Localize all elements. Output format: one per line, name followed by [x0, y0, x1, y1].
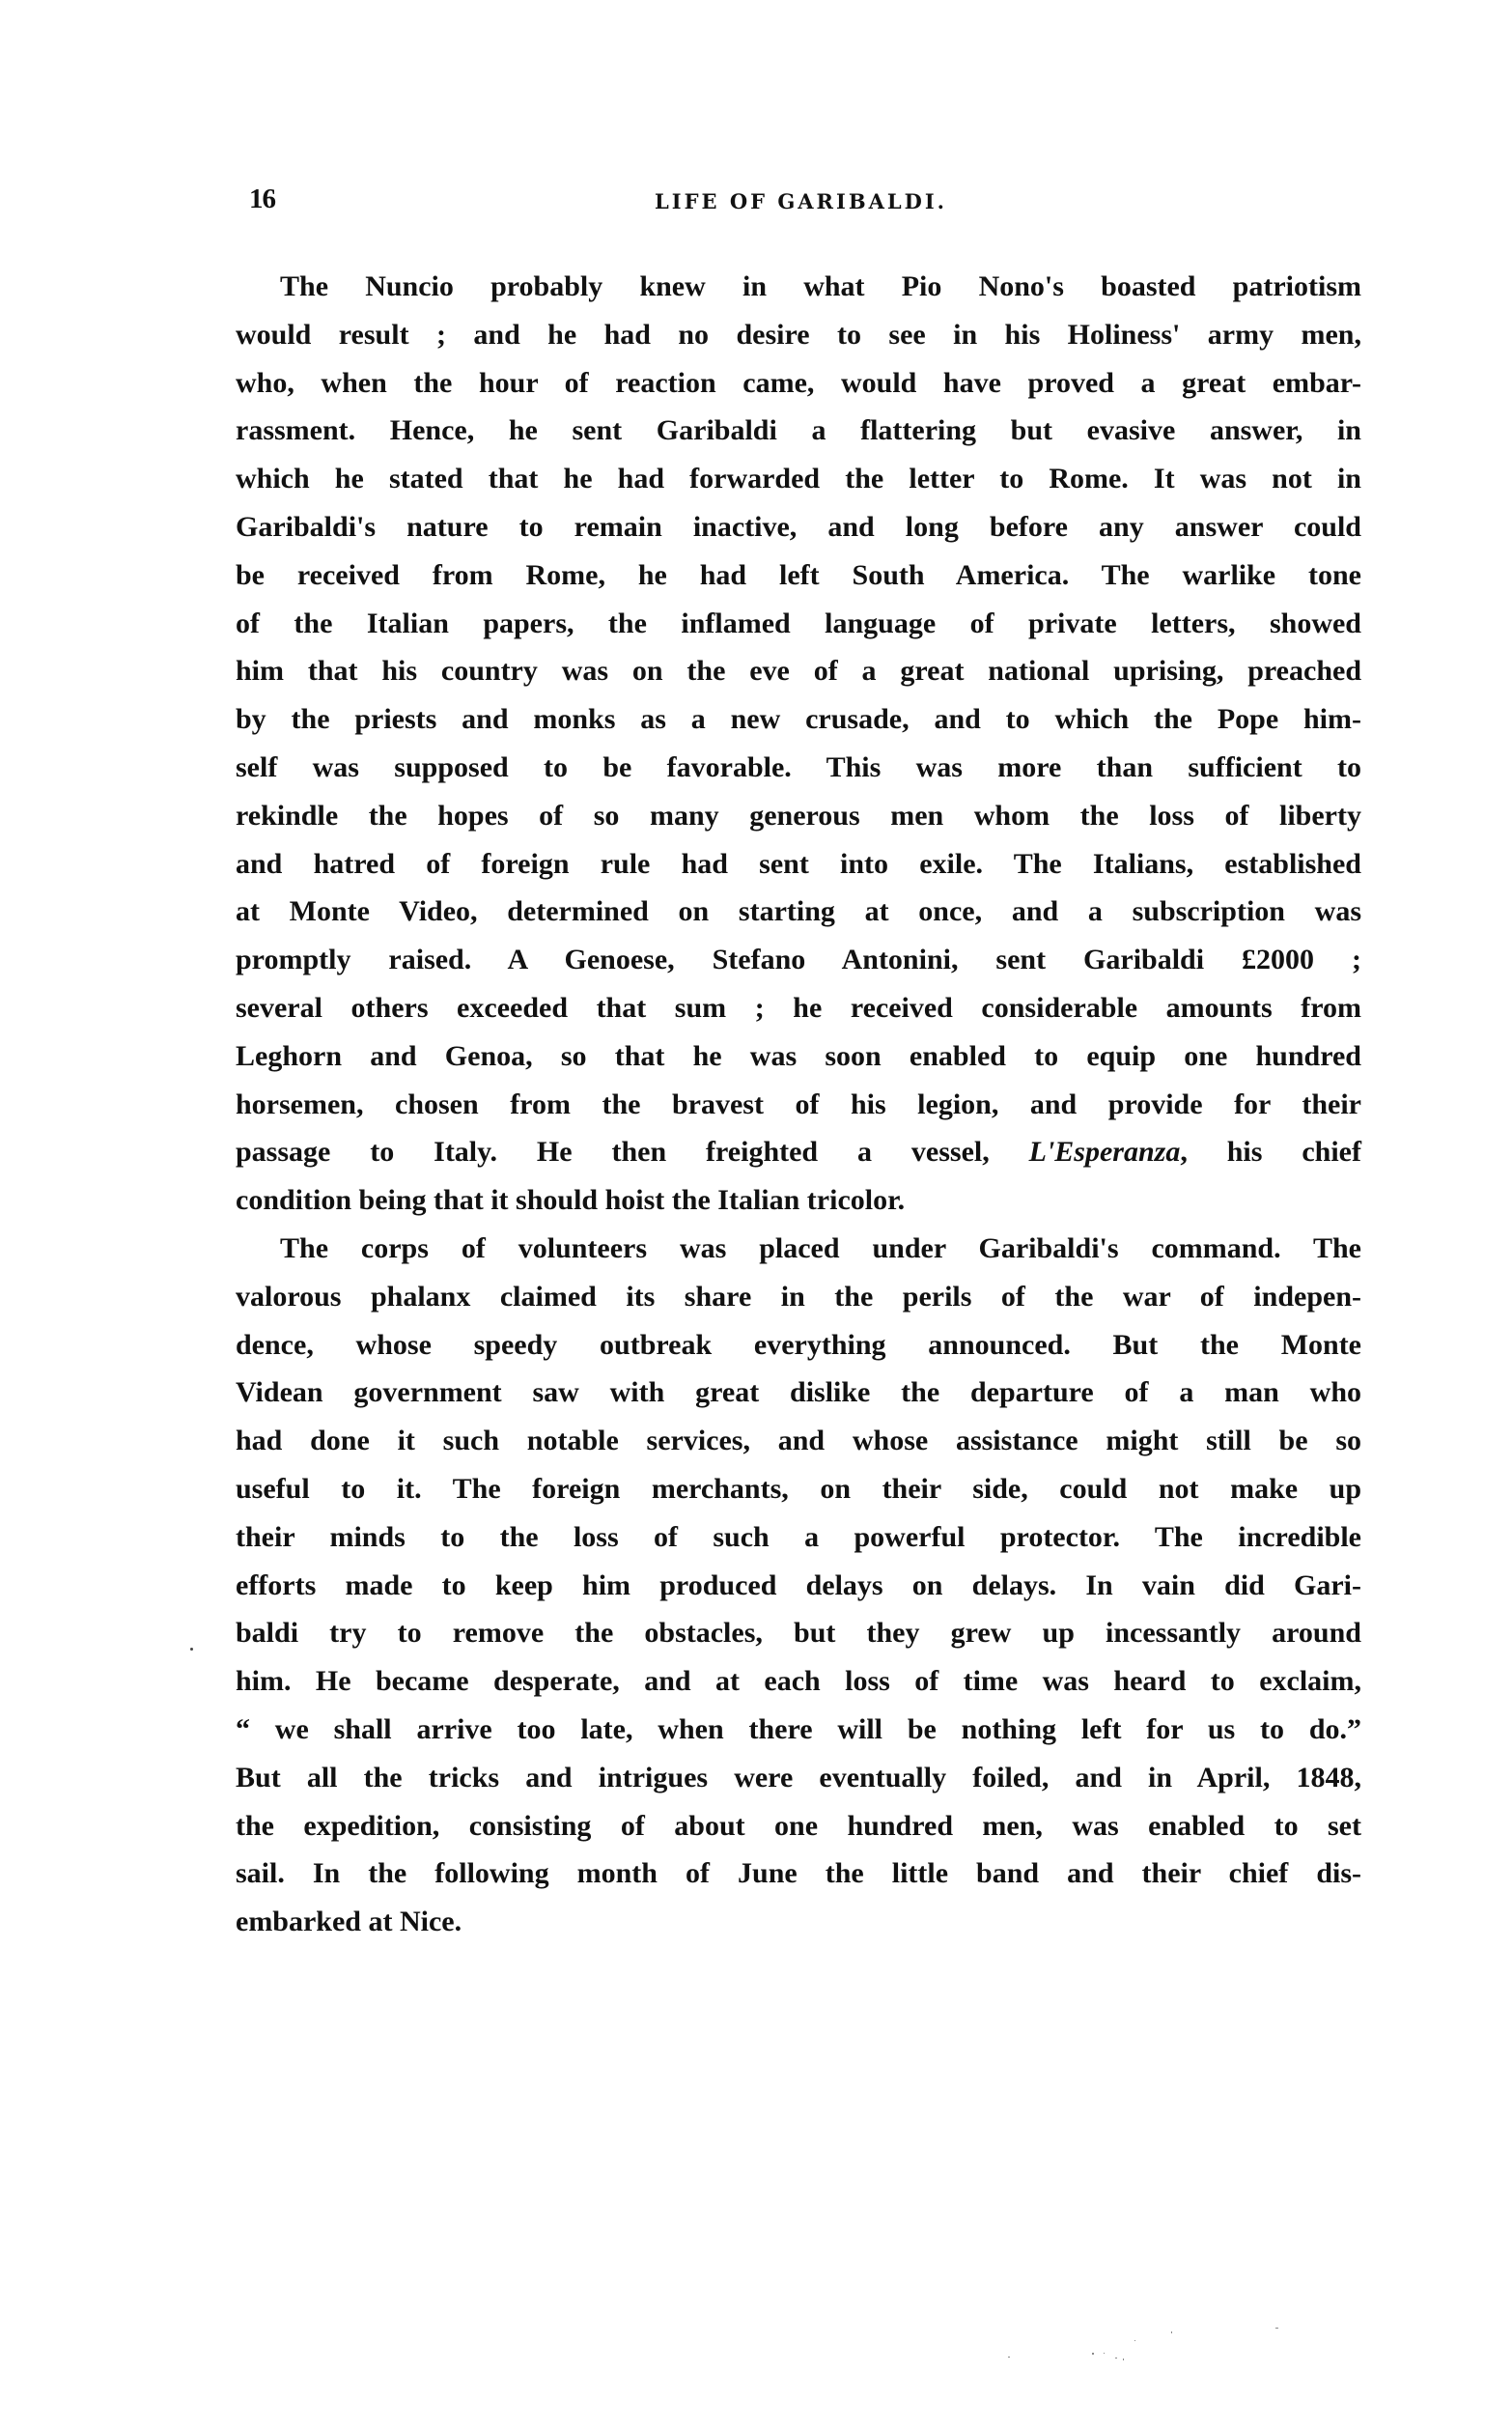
text-line: who, when the hour of reaction came, wou… [236, 359, 1361, 408]
text-line: horsemen, chosen from the bravest of his… [236, 1081, 1361, 1129]
text-line: would result ; and he had no desire to s… [236, 311, 1361, 359]
text-line: him. He became desperate, and at each lo… [236, 1657, 1361, 1706]
paragraph-1: The Nuncio probably knew in what Pio Non… [236, 263, 1361, 1225]
text-line: dence, whose speedy outbreak everything … [236, 1321, 1361, 1370]
scan-speck [1008, 2357, 1010, 2358]
text-line: several others exceeded that sum ; he re… [236, 984, 1361, 1032]
text-line: condition being that it should hoist the… [236, 1176, 1361, 1225]
text-line: rassment. Hence, he sent Garibaldi a fla… [236, 407, 1361, 455]
text-line: embarked at Nice. [236, 1898, 1361, 1946]
text-line: sail. In the following month of June the… [236, 1850, 1361, 1898]
scan-speck [1134, 2340, 1135, 2341]
text-line: But all the tricks and intrigues were ev… [236, 1754, 1361, 1802]
text-fragment: passage to Italy. He then freighted a ve… [236, 1136, 1029, 1168]
text-line: rekindle the hopes of so many generous m… [236, 792, 1361, 840]
text-line: and hatred of foreign rule had sent into… [236, 840, 1361, 889]
text-line: useful to it. The foreign merchants, on … [236, 1465, 1361, 1513]
text-line: be received from Rome, he had left South… [236, 551, 1361, 600]
scan-speck [1275, 2328, 1278, 2329]
text-line: at Monte Video, determined on starting a… [236, 888, 1361, 936]
text-line: self was supposed to be favorable. This … [236, 744, 1361, 792]
text-line: valorous phalanx claimed its share in th… [236, 1273, 1361, 1321]
scan-speck [1104, 2353, 1105, 2354]
scan-speck [1092, 2353, 1094, 2355]
text-line: The corps of volunteers was placed under… [236, 1225, 1361, 1273]
page-number: 16 [249, 184, 275, 215]
scan-speck [1115, 2358, 1117, 2358]
text-line: had done it such notable services, and w… [236, 1417, 1361, 1465]
text-line: Garibaldi's nature to remain inactive, a… [236, 503, 1361, 551]
text-line: of the Italian papers, the inflamed lang… [236, 600, 1361, 648]
text-line-with-ship-name: passage to Italy. He then freighted a ve… [236, 1128, 1361, 1176]
text-line: Leghorn and Genoa, so that he was soon e… [236, 1032, 1361, 1081]
text-line: efforts made to keep him produced delays… [236, 1562, 1361, 1610]
text-line: their minds to the loss of such a powerf… [236, 1513, 1361, 1562]
text-fragment: , his chief [1180, 1136, 1361, 1168]
ship-name: L'Esperanza [1029, 1136, 1181, 1168]
text-line: baldi try to remove the obstacles, but t… [236, 1609, 1361, 1657]
text-line: promptly raised. A Genoese, Stefano Anto… [236, 936, 1361, 984]
text-line: “ we shall arrive too late, when there w… [236, 1706, 1361, 1754]
text-line: by the priests and monks as a new crusad… [236, 695, 1361, 744]
book-page: 16 LIFE OF GARIBALDI. The Nuncio probabl… [0, 0, 1512, 2429]
text-line: him that his country was on the eve of a… [236, 647, 1361, 695]
scan-speck [1171, 2331, 1172, 2333]
text-line: which he stated that he had forwarded th… [236, 455, 1361, 503]
scan-speck [190, 1648, 193, 1651]
scan-speck [1123, 2358, 1124, 2360]
text-line: the expedition, consisting of about one … [236, 1802, 1361, 1850]
body-text: The Nuncio probably knew in what Pio Non… [236, 263, 1361, 1946]
text-line: Videan government saw with great dislike… [236, 1369, 1361, 1417]
running-title: LIFE OF GARIBALDI. [655, 189, 947, 213]
text-line: The Nuncio probably knew in what Pio Non… [236, 263, 1361, 311]
paragraph-2: The corps of volunteers was placed under… [236, 1225, 1361, 1946]
running-head: 16 LIFE OF GARIBALDI. [249, 184, 1359, 222]
